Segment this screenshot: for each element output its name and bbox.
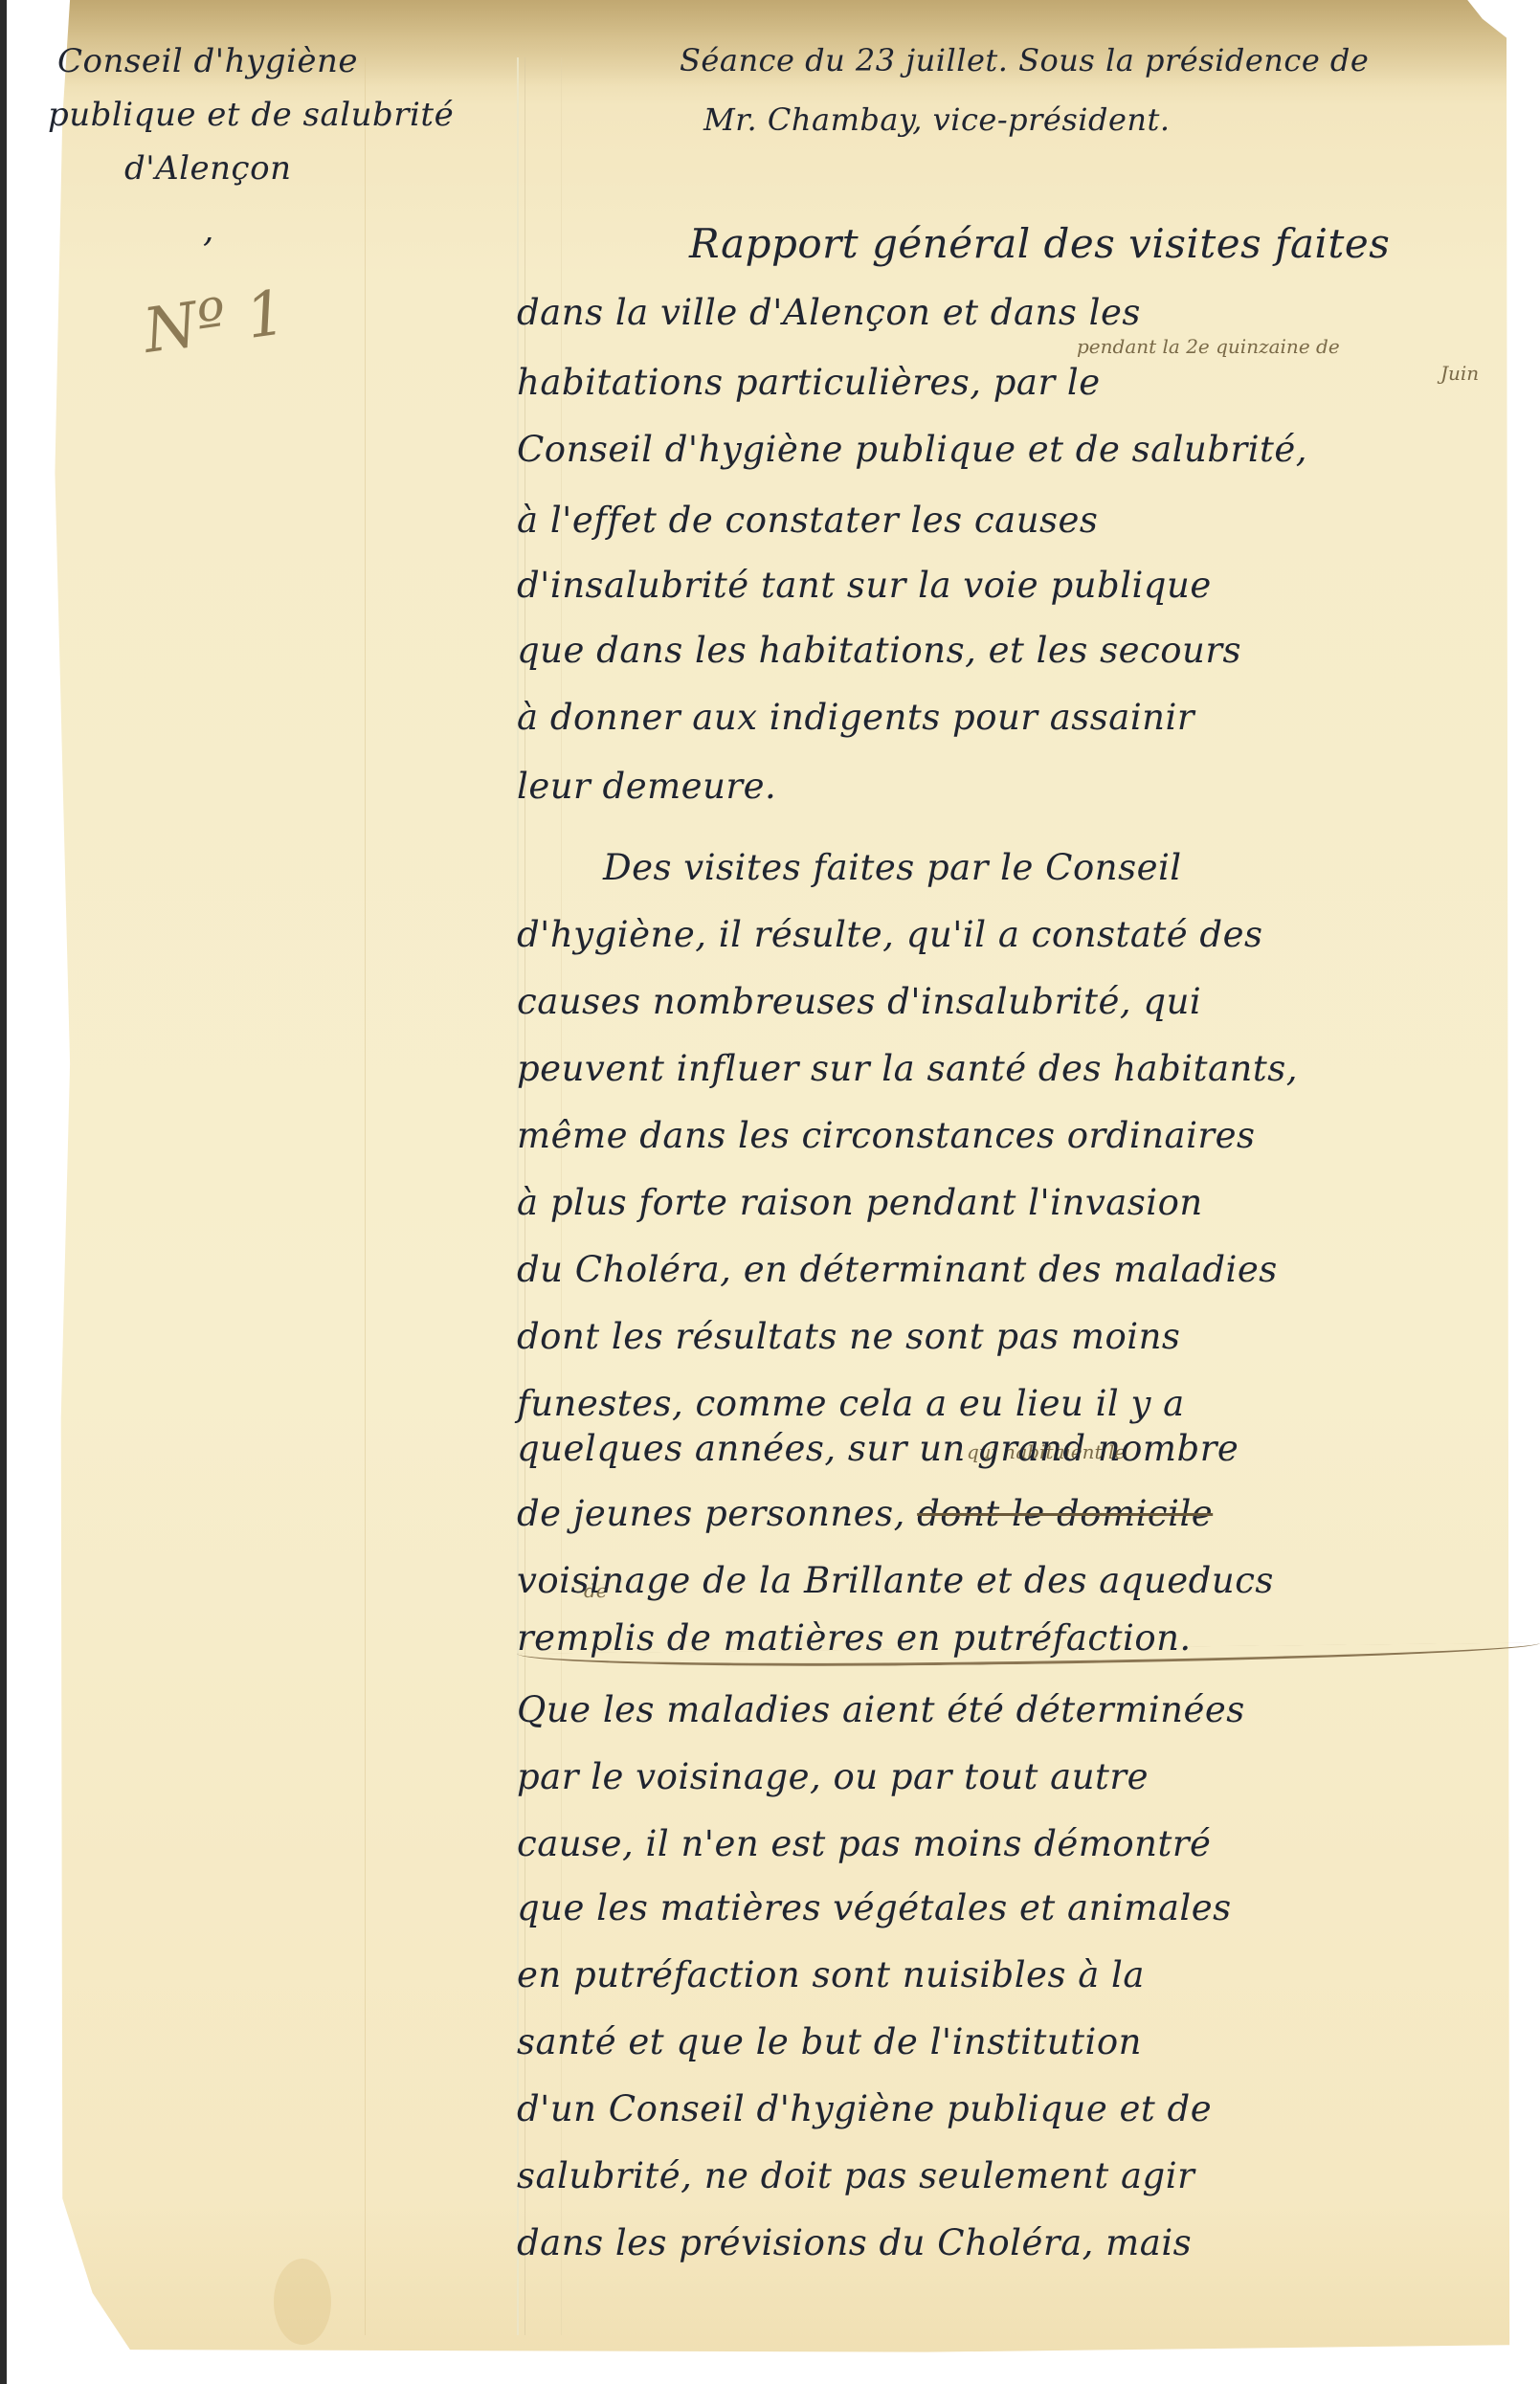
body-line: de jeunes personnes, dont le domicile: [517, 1493, 1213, 1534]
body-line: cause, il n'en est pas moins démontré: [517, 1823, 1211, 1864]
body-line: santé et que le but de l'institution: [517, 2021, 1142, 2062]
body-line-text: de jeunes personnes,: [517, 1493, 905, 1534]
body-line: à plus forte raison pendant l'invasion: [517, 1182, 1203, 1223]
body-line: dans la ville d'Alençon et dans les: [517, 292, 1141, 333]
body-line: d'hygiène, il résulte, qu'il a constaté …: [517, 914, 1262, 955]
body-line: habitations particulières, par le: [517, 362, 1101, 403]
margin-comma-mark: ,: [203, 211, 214, 250]
body-line: même dans les circonstances ordinaires: [517, 1115, 1255, 1156]
margin-heading-line: publique et de salubrité: [48, 88, 454, 142]
body-line: salubrité, ne doit pas seulement agir: [517, 2155, 1194, 2196]
body-line: d'insalubrité tant sur la voie publique: [517, 565, 1212, 606]
margin-heading-line: d'Alençon: [48, 142, 454, 195]
body-line: peuvent influer sur la santé des habitan…: [517, 1048, 1298, 1089]
body-line: à l'effet de constater les causes: [517, 500, 1098, 541]
paragraph-start-line: Des visites faites par le Conseil: [603, 847, 1182, 888]
body-line: leur demeure.: [517, 766, 776, 807]
body-line: d'un Conseil d'hygiène publique et de: [517, 2088, 1212, 2129]
body-line: quelques années, sur un grand nombre: [517, 1428, 1239, 1469]
body-line: funestes, comme cela a eu lieu il y a: [517, 1383, 1185, 1424]
body-line-text: Conseil d'hygiène publique et de salubri…: [517, 429, 1307, 470]
margin-heading: Conseil d'hygiène publique et de salubri…: [48, 34, 454, 195]
body-line: causes nombreuses d'insalubrité, qui: [517, 981, 1201, 1022]
scan-frame-border: [0, 0, 7, 2384]
interlinear-insertion: pendant la 2e quinzaine de: [1077, 335, 1340, 358]
deleted-text: dont le domicile: [917, 1493, 1213, 1534]
body-line: du Choléra, en déterminant des maladies: [517, 1249, 1278, 1290]
paper-stain: [274, 2259, 331, 2345]
body-line: en putréfaction sont nuisibles à la: [517, 1954, 1145, 1995]
report-title: Rapport général des visites faites: [689, 220, 1390, 267]
paper-ruling-line: [365, 57, 366, 2335]
session-president-line: Mr. Chambay, vice-président.: [680, 90, 1369, 149]
body-line: par le voisinage, ou par tout autre: [517, 1756, 1149, 1797]
interlinear-insertion: Juin: [1440, 362, 1479, 385]
body-line: voisinage de la Brillante et des aqueduc…: [517, 1560, 1274, 1601]
body-line: Conseil d'hygiène publique et de salubri…: [517, 429, 1307, 470]
body-line: dont les résultats ne sont pas moins: [517, 1316, 1180, 1357]
body-line: que dans les habitations, et les secours: [517, 630, 1241, 671]
body-line: Que les maladies aient été déterminées: [517, 1689, 1245, 1730]
margin-heading-line: Conseil d'hygiène: [48, 34, 454, 88]
body-line: dans les prévisions du Choléra, mais: [517, 2222, 1192, 2263]
body-line: à donner aux indigents pour assainir: [517, 697, 1194, 738]
body-line: que les matières végétales et animales: [517, 1887, 1232, 1928]
session-date-line: Séance du 23 juillet. Sous la présidence…: [680, 31, 1369, 90]
session-header: Séance du 23 juillet. Sous la présidence…: [680, 31, 1369, 149]
